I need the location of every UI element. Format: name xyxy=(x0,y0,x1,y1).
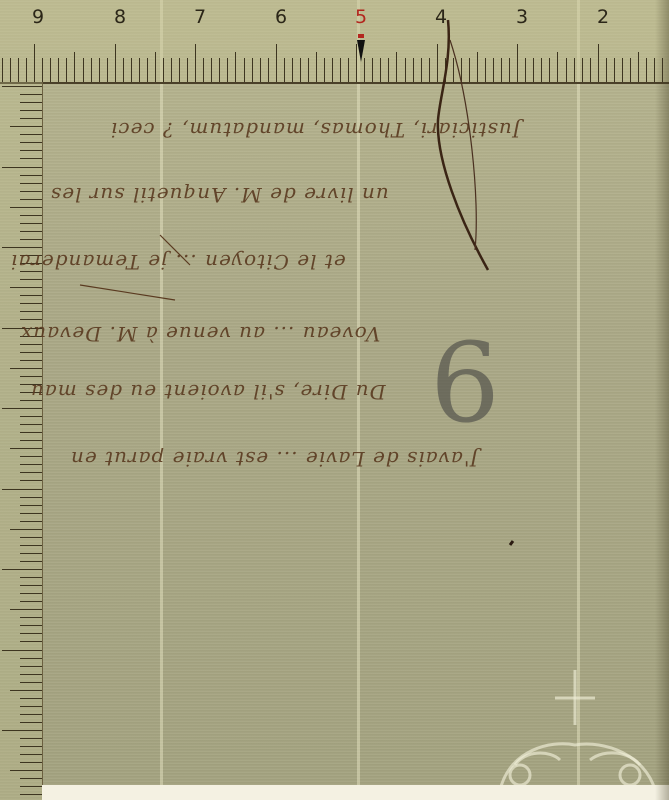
page-shadow xyxy=(655,0,669,800)
page-edge xyxy=(42,785,669,800)
crown-watermark-icon xyxy=(480,670,669,800)
